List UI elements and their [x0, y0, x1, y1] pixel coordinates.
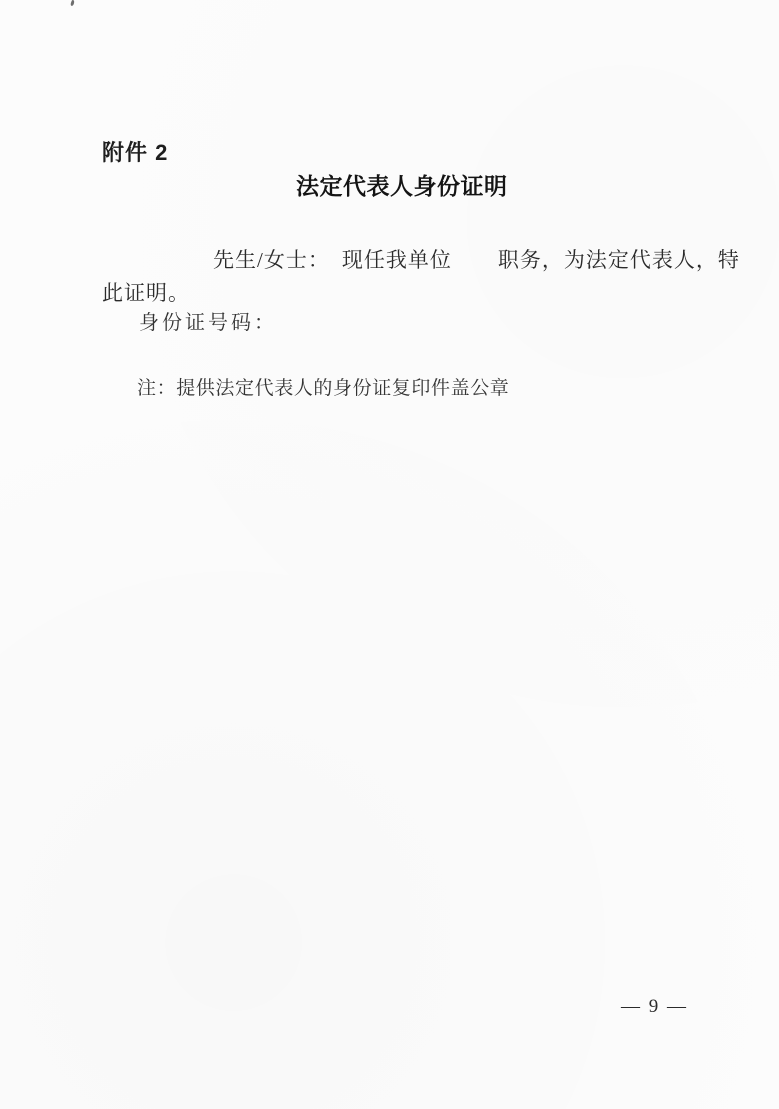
body-paragraph-line1: 先生/女士：现任我单位职务，为法定代表人，特	[213, 248, 740, 272]
document-title: 法定代表人身份证明	[296, 174, 508, 200]
salutation-text: 先生/女士：	[213, 248, 330, 272]
attachment-label: 附件 2	[102, 141, 168, 165]
job-title-blank	[452, 266, 498, 267]
body-paragraph-line2: 此证明。	[102, 281, 190, 305]
scan-artifact-speck	[70, 0, 75, 6]
page-number: — 9 —	[621, 995, 688, 1018]
note-text: 注：提供法定代表人的身份证复印件盖公章	[137, 377, 509, 400]
id-number-label: 身份证号码：	[139, 311, 277, 335]
position-intro-text: 现任我单位	[342, 248, 452, 272]
scanned-document-page: 附件 2 法定代表人身份证明 先生/女士：现任我单位职务，为法定代表人，特 此证…	[0, 0, 779, 1109]
certify-text: 职务，为法定代表人，特	[498, 248, 740, 272]
